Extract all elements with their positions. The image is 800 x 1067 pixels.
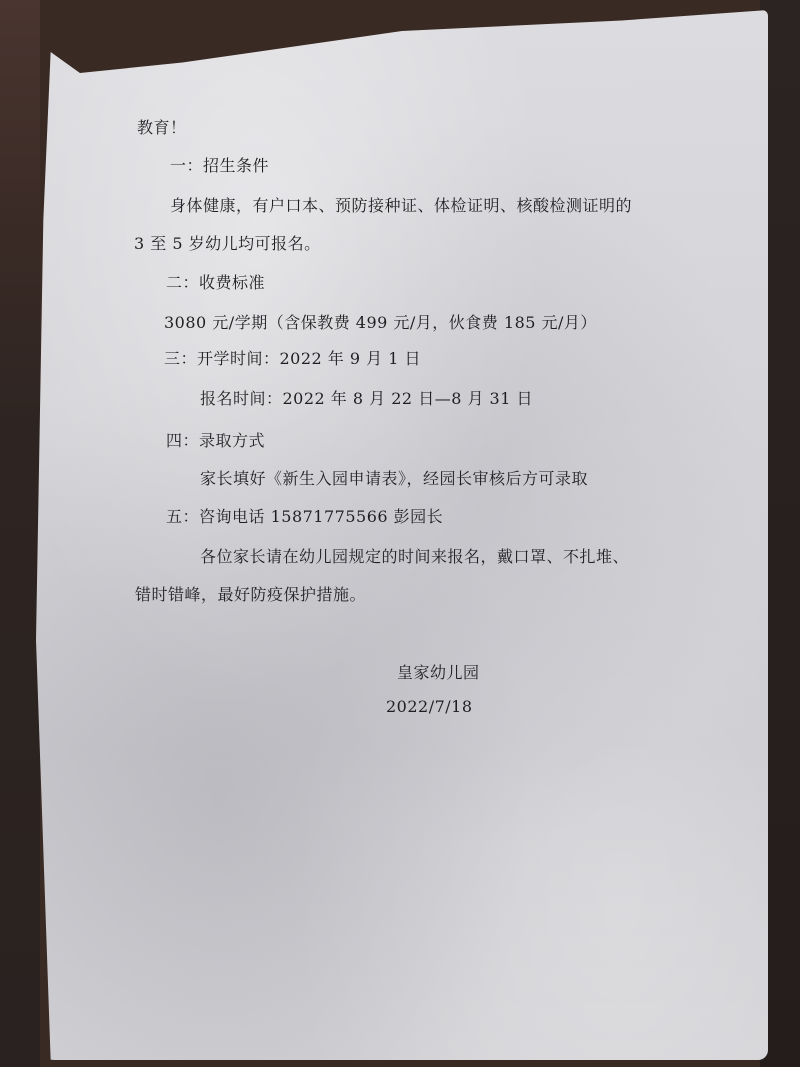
section-4-body: 家长填好《新生入园申请表》，经园长审核后方可录取 [200, 466, 588, 489]
section-2-body: 3080 元/学期（含保教费 499 元/月，伙食费 185 元/月） [164, 310, 597, 333]
section-1-body-line-1: 身体健康，有户口本、预防接种证、体检证明、核酸检测证明的 [170, 193, 632, 216]
section-5-contact: 五：咨询电话 15871775566 彭园长 [166, 504, 443, 527]
document-body: 教育！ 一：招生条件 身体健康，有户口本、预防接种证、体检证明、核酸检测证明的 … [0, 0, 800, 1067]
section-3-body: 报名时间：2022 年 8 月 22 日—8 月 31 日 [200, 386, 533, 409]
section-3-heading: 三：开学时间：2022 年 9 月 1 日 [164, 346, 421, 369]
section-4-heading: 四：录取方式 [166, 428, 265, 451]
notice-line-2: 错时错峰，最好防疫保护措施。 [135, 582, 366, 605]
notice-line-1: 各位家长请在幼儿园规定的时间来报名，戴口罩、不扎堆、 [200, 544, 629, 567]
signature-org: 皇家幼儿园 [397, 660, 480, 683]
signature-date: 2022/7/18 [386, 697, 473, 716]
section-1-heading: 一：招生条件 [170, 153, 269, 176]
intro-text: 教育！ [137, 115, 187, 138]
section-1-body-line-2: 3 至 5 岁幼儿均可报名。 [134, 231, 321, 254]
section-2-heading: 二：收费标准 [166, 270, 265, 293]
